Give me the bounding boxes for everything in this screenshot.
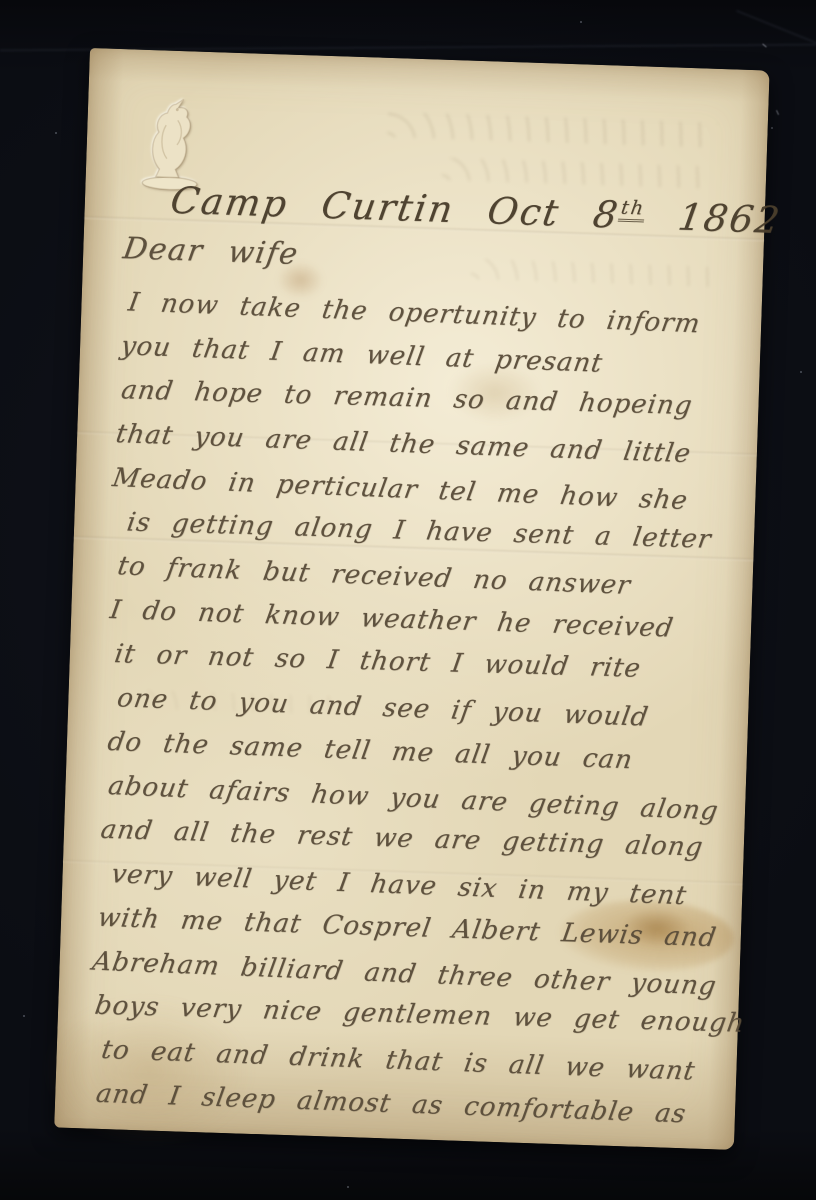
heading-year: 1862 <box>675 196 784 242</box>
dust-speck <box>771 127 773 129</box>
ink-bleedthrough <box>387 112 718 148</box>
letter-heading: Camp Curtin Oct 8th 1862 <box>168 179 784 242</box>
letter-body: I now take the opertunity to informyou t… <box>90 287 745 1143</box>
dust-speck <box>580 21 582 23</box>
scratch-mark <box>776 110 779 115</box>
dust-speck <box>55 132 57 134</box>
dust-speck <box>347 1186 349 1188</box>
heading-ordinal: th <box>618 197 648 223</box>
photo-background: Camp Curtin Oct 8th 1862 Dear wife I now… <box>0 0 816 1200</box>
letter-salutation: Dear wife <box>121 231 302 272</box>
ink-bleedthrough <box>442 158 715 189</box>
background-seam <box>736 10 816 47</box>
dust-speck <box>800 371 802 373</box>
heading-place-date: Camp Curtin Oct 8 <box>168 179 623 237</box>
letter-paper: Camp Curtin Oct 8th 1862 Dear wife I now… <box>54 48 769 1150</box>
ink-bleedthrough <box>471 259 712 287</box>
dust-speck <box>23 1015 25 1017</box>
